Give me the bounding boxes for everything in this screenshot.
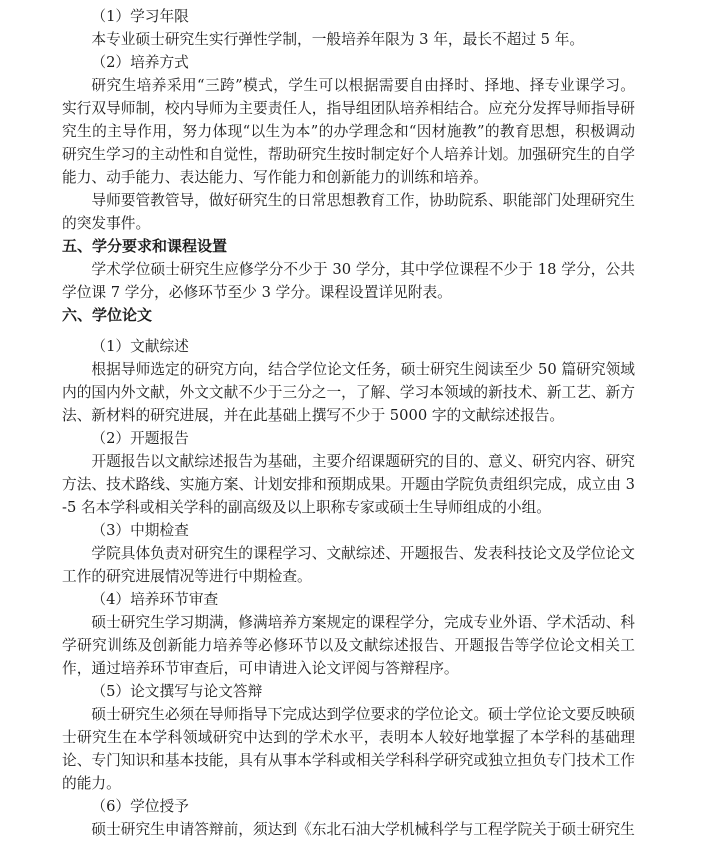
para-proposal-report: 开题报告以文献综述报告为基础，主要介绍课题研究的目的、意义、研究内容、研究方法、… [62,450,635,519]
para-credit-requirements: 学术学位硕士研究生应修学分不少于 30 学分，其中学位课程不少于 18 学分，公… [62,258,635,304]
item-label-thesis-writing-defense: （5）论文撰写与论文答辩 [62,680,635,703]
heading-credits-and-courses: 五、学分要求和课程设置 [62,235,635,258]
para-training-mode: 研究生培养采用“三跨”模式，学生可以根据需要自由择时、择地、择专业课学习。实行双… [62,74,635,189]
para-training-step-review: 硕士研究生学习期满，修满培养方案规定的课程学分，完成专业外语、学术活动、科学研究… [62,611,635,680]
item-label-proposal-report: （2）开题报告 [62,427,635,450]
para-literature-review: 根据导师选定的研究方向，结合学位论文任务，硕士研究生阅读至少 50 篇研究领域内… [62,358,635,427]
item-label-study-years: （1）学习年限 [62,5,635,28]
item-label-midterm-check: （3）中期检查 [62,519,635,542]
item-label-training-step-review: （4）培养环节审查 [62,588,635,611]
document-page: （1）学习年限 本专业硕士研究生实行弹性学制，一般培养年限为 3 年，最长不超过… [0,0,713,849]
para-advisor-duty: 导师要管教管导，做好研究生的日常思想教育工作，协助院系、职能部门处理研究生的突发… [62,189,635,235]
para-midterm-check: 学院具体负责对研究生的课程学习、文献综述、开题报告、发表科技论文及学位论文工作的… [62,542,635,588]
item-label-degree-award: （6）学位授予 [62,795,635,818]
para-study-years: 本专业硕士研究生实行弹性学制，一般培养年限为 3 年，最长不超过 5 年。 [62,28,635,51]
item-label-training-mode: （2）培养方式 [62,51,635,74]
item-label-literature-review: （1）文献综述 [62,335,635,358]
para-thesis-writing-defense: 硕士研究生必须在导师指导下完成达到学位要求的学位论文。硕士学位论文要反映硕士研究… [62,703,635,795]
para-degree-award: 硕士研究生申请答辩前，须达到《东北石油大学机械科学与工程学院关于硕士研究生 [62,818,635,841]
heading-degree-thesis: 六、学位论文 [62,304,635,327]
